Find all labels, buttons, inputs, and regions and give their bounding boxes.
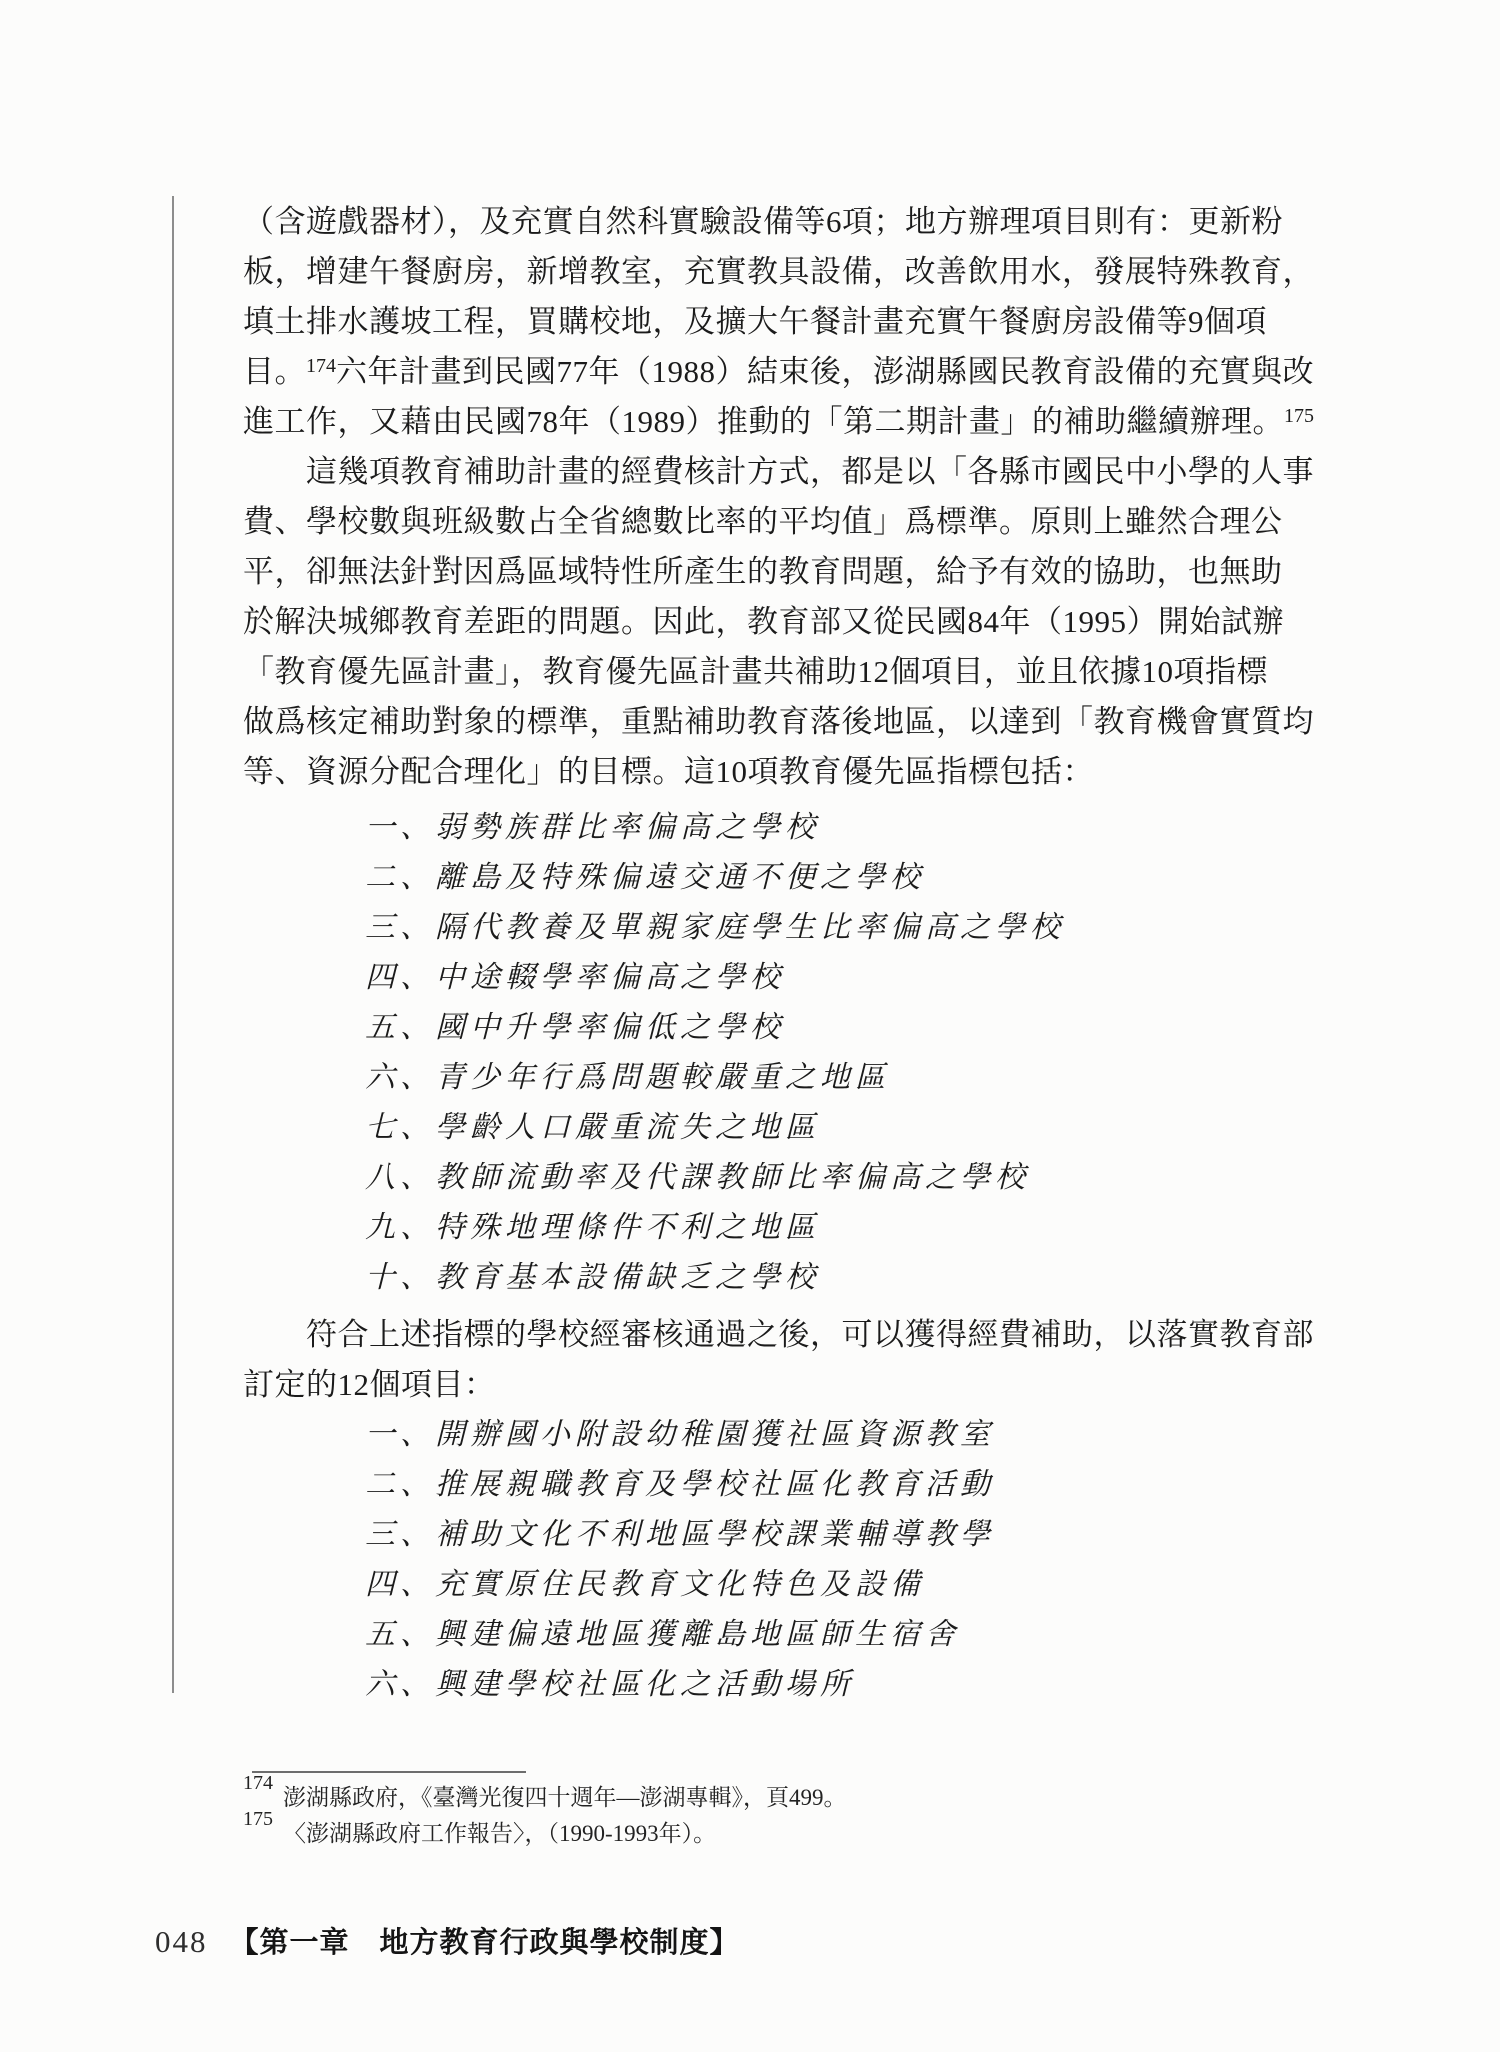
text-line: 這幾項教育補助計畫的經費核計方式，都是以「各縣市國民中小學的人事 [243, 447, 1318, 497]
text-line: 等、資源分配合理化」的目標。這10項教育優先區指標包括： [243, 747, 1318, 797]
paragraph-projects-intro: 符合上述指標的學校經審核通過之後，可以獲得經費補助，以落實教育部訂定的12個項目… [243, 1310, 1318, 1410]
list-item: 十、教育基本設備缺乏之學校 [243, 1253, 1318, 1303]
chapter-title: 【第一章 地方教育行政與學校制度】 [230, 1927, 740, 1959]
list-item: 五、興建偏遠地區獲離島地區師生宿舍 [243, 1610, 1318, 1660]
footnote: 174澎湖縣政府，《臺灣光復四十週年—澎湖專輯》，頁499。 [243, 1780, 1318, 1816]
list-item: 三、補助文化不利地區學校課業輔導教學 [243, 1510, 1318, 1560]
list-item: 九、特殊地理條件不利之地區 [243, 1203, 1318, 1253]
text-run: 這幾項教育補助計畫的經費核計方式，都是以「各縣市國民中小學的人事 [306, 454, 1314, 489]
text-run: 做爲核定補助對象的標準，重點補助教育落後地區，以達到「教育機會實質均 [243, 704, 1314, 739]
text-run: 進工作，又藉由民國78年（1989）推動的「第二期計畫」的補助繼續辦理。 [243, 404, 1284, 439]
footnote-reference: 174 [306, 355, 336, 377]
text-line: 平，卻無法針對因爲區域特性所產生的教育問題，給予有效的協助，也無助 [243, 547, 1318, 597]
footnote-marker: 174 [243, 1772, 273, 1794]
indicator-list: 一、弱勢族群比率偏高之學校二、離島及特殊偏遠交通不便之學校三、隔代教養及單親家庭… [243, 803, 1318, 1303]
text-run: （含遊戲器材），及充實自然科實驗設備等6項；地方辦理項目則有：更新粉 [243, 204, 1283, 239]
list-item: 六、興建學校社區化之活動場所 [243, 1660, 1318, 1710]
text-run: 目。 [243, 354, 306, 389]
footnote: 175〈澎湖縣政府工作報告〉，（1990-1993年）。 [243, 1816, 1318, 1852]
list-item: 二、離島及特殊偏遠交通不便之學校 [243, 853, 1318, 903]
text-line: 符合上述指標的學校經審核通過之後，可以獲得經費補助，以落實教育部 [243, 1310, 1318, 1360]
text-run: 填土排水護坡工程，買購校地，及擴大午餐計畫充實午餐廚房設備等9個項 [243, 304, 1267, 339]
footnote-reference: 175 [1284, 405, 1314, 427]
footnotes: 174澎湖縣政府，《臺灣光復四十週年—澎湖專輯》，頁499。175〈澎湖縣政府工… [243, 1780, 1318, 1852]
text-line: 板，增建午餐廚房，新增教室，充實教具設備，改善飲用水，發展特殊教育， [243, 247, 1318, 297]
text-line: 目。174六年計畫到民國77年（1988）結束後，澎湖縣國民教育設備的充實與改 [243, 347, 1318, 397]
text-run: 等、資源分配合理化」的目標。這10項教育優先區指標包括： [243, 754, 1094, 789]
text-line: （含遊戲器材），及充實自然科實驗設備等6項；地方辦理項目則有：更新粉 [243, 197, 1318, 247]
page-footer: 048【第一章 地方教育行政與學校制度】 [155, 1922, 740, 1962]
list-item: 四、中途輟學率偏高之學校 [243, 953, 1318, 1003]
project-list: 一、開辦國小附設幼稚園獲社區資源教室二、推展親職教育及學校社區化教育活動三、補助… [243, 1410, 1318, 1710]
book-page: （含遊戲器材），及充實自然科實驗設備等6項；地方辦理項目則有：更新粉板，增建午餐… [0, 0, 1500, 2052]
list-item: 三、隔代教養及單親家庭學生比率偏高之學校 [243, 903, 1318, 953]
text-line: 訂定的12個項目： [243, 1360, 1318, 1410]
text-line: 「教育優先區計畫」，教育優先區計畫共補助12個項目，並且依據10項指標 [243, 647, 1318, 697]
text-line: 進工作，又藉由民國78年（1989）推動的「第二期計畫」的補助繼續辦理。175 [243, 397, 1318, 447]
list-item: 八、教師流動率及代課教師比率偏高之學校 [243, 1153, 1318, 1203]
list-item: 一、開辦國小附設幼稚園獲社區資源教室 [243, 1410, 1318, 1460]
text-line: 做爲核定補助對象的標準，重點補助教育落後地區，以達到「教育機會實質均 [243, 697, 1318, 747]
text-run: 訂定的12個項目： [243, 1367, 496, 1402]
list-item: 四、充實原住民教育文化特色及設備 [243, 1560, 1318, 1610]
text-run: 「教育優先區計畫」，教育優先區計畫共補助12個項目，並且依據10項指標 [243, 654, 1268, 689]
text-run: 板，增建午餐廚房，新增教室，充實教具設備，改善飲用水，發展特殊教育， [243, 254, 1314, 289]
footnote-text: 〈澎湖縣政府工作報告〉，（1990-1993年）。 [283, 1821, 716, 1846]
text-run: 六年計畫到民國77年（1988）結束後，澎湖縣國民教育設備的充實與改 [336, 354, 1314, 389]
list-item: 七、學齡人口嚴重流失之地區 [243, 1103, 1318, 1153]
text-run: 平，卻無法針對因爲區域特性所產生的教育問題，給予有效的協助，也無助 [243, 554, 1283, 589]
list-item: 六、青少年行爲問題較嚴重之地區 [243, 1053, 1318, 1103]
list-item: 二、推展親職教育及學校社區化教育活動 [243, 1460, 1318, 1510]
page-number: 048 [155, 1924, 208, 1959]
footnote-marker: 175 [243, 1808, 273, 1830]
text-run: 於解決城鄉教育差距的問題。因此，教育部又從民國84年（1995）開始試辦 [243, 604, 1284, 639]
footnote-separator [252, 1771, 526, 1773]
paragraph-intro: （含遊戲器材），及充實自然科實驗設備等6項；地方辦理項目則有：更新粉板，增建午餐… [243, 197, 1318, 447]
footnote-text: 澎湖縣政府，《臺灣光復四十週年—澎湖專輯》，頁499。 [283, 1785, 847, 1810]
text-line: 於解決城鄉教育差距的問題。因此，教育部又從民國84年（1995）開始試辦 [243, 597, 1318, 647]
paragraph-funding-method: 這幾項教育補助計畫的經費核計方式，都是以「各縣市國民中小學的人事費、學校數與班級… [243, 447, 1318, 797]
text-line: 填土排水護坡工程，買購校地，及擴大午餐計畫充實午餐廚房設備等9個項 [243, 297, 1318, 347]
list-item: 五、國中升學率偏低之學校 [243, 1003, 1318, 1053]
text-run: 費、學校數與班級數占全省總數比率的平均值」爲標準。原則上雖然合理公 [243, 504, 1283, 539]
list-item: 一、弱勢族群比率偏高之學校 [243, 803, 1318, 853]
text-run: 符合上述指標的學校經審核通過之後，可以獲得經費補助，以落實教育部 [306, 1317, 1314, 1352]
left-margin-line [172, 196, 174, 1693]
text-line: 費、學校數與班級數占全省總數比率的平均值」爲標準。原則上雖然合理公 [243, 497, 1318, 547]
